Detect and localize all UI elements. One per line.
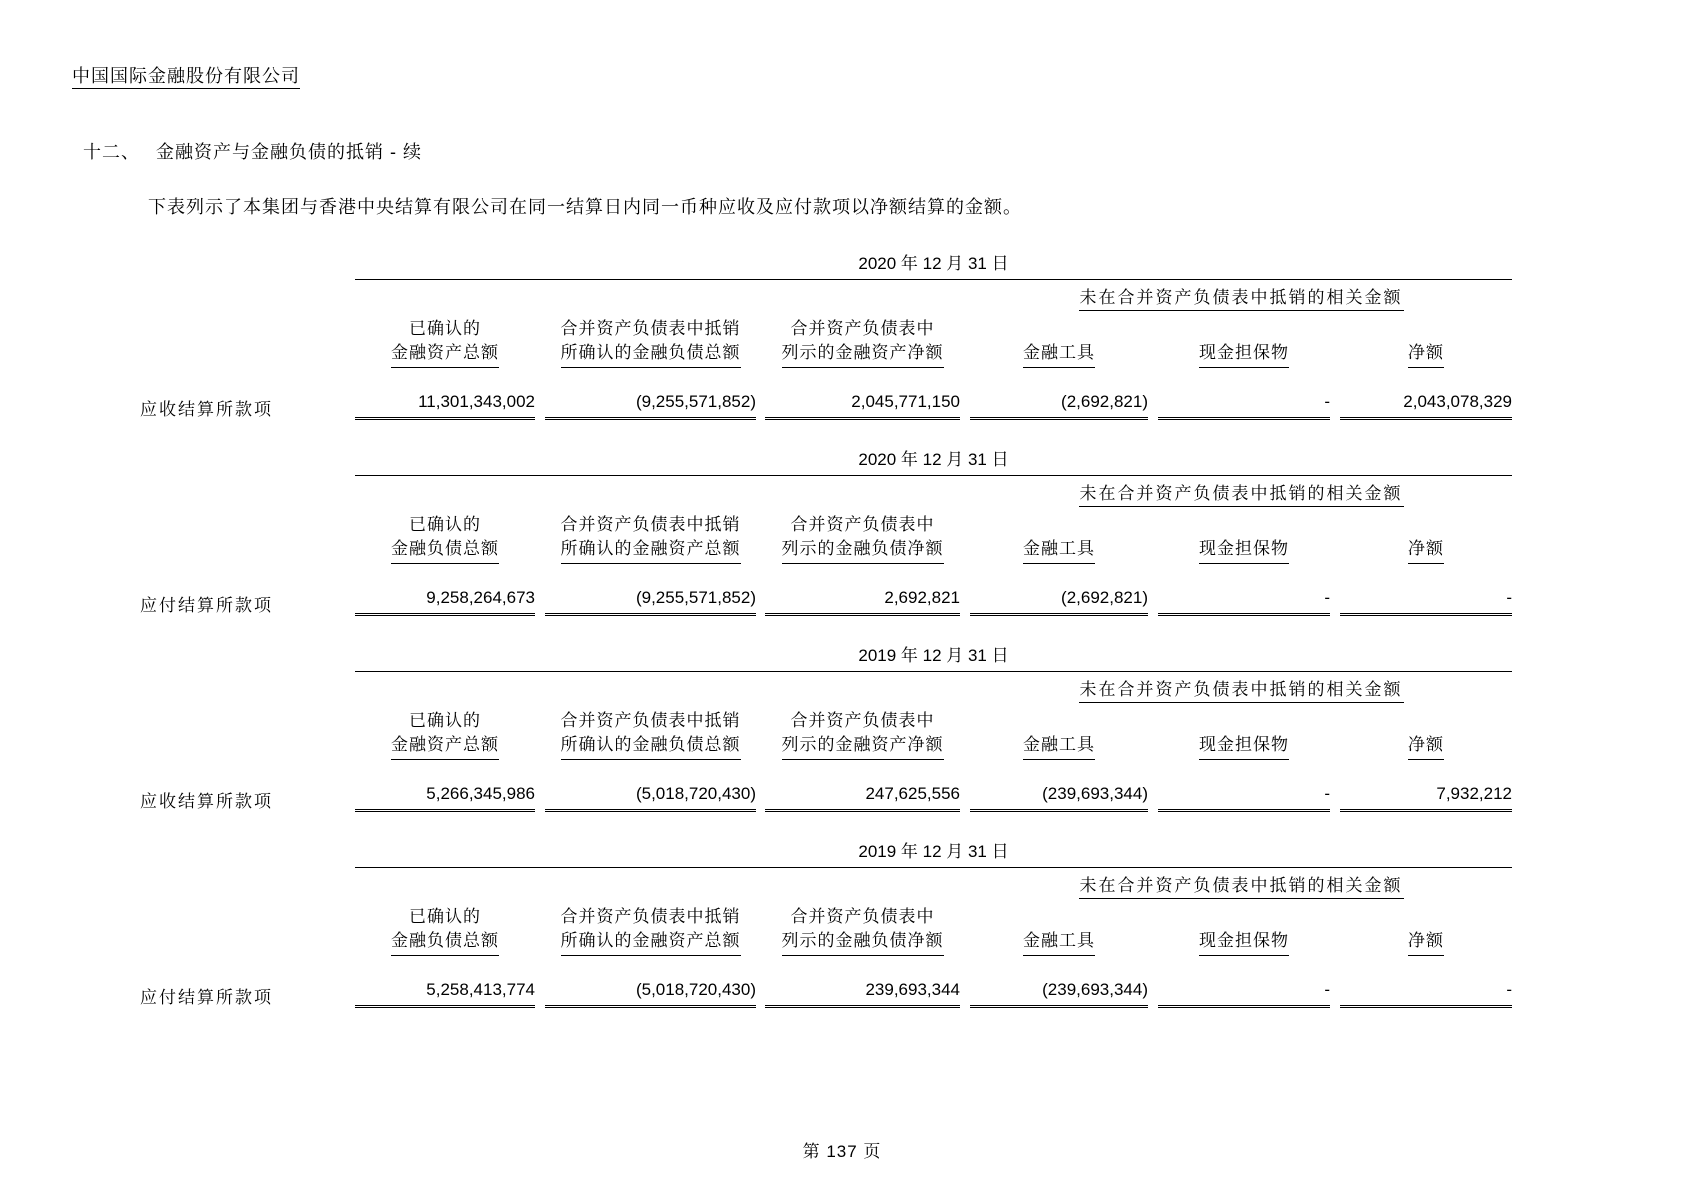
table-date-heading: 2019 年 12 月 31 日 xyxy=(355,641,1512,666)
intro-paragraph: 下表列示了本集团与香港中央结算有限公司在同一结算日内同一币种应收及应付款项以净额… xyxy=(148,193,1684,219)
col-header-financial-instruments: 金融工具 xyxy=(970,341,1148,368)
row-label: 应付结算所款项 xyxy=(100,983,355,1008)
col-header-net-amount: 净额 xyxy=(1340,929,1512,956)
table-date-heading: 2020 年 12 月 31 日 xyxy=(355,249,1512,274)
group-header: 未在合并资产负债表中抵销的相关金额 xyxy=(970,283,1512,311)
group-header-label: 未在合并资产负债表中抵销的相关金额 xyxy=(1079,283,1404,311)
col-header-financial-instruments: 金融工具 xyxy=(970,537,1148,564)
cell-net-amount: - xyxy=(1340,588,1512,616)
col-header-gross-amount: 已确认的 金融负债总额 xyxy=(355,905,535,956)
cell-financial-instruments: (239,693,344) xyxy=(970,784,1148,812)
cell-cash-collateral: - xyxy=(1158,784,1330,812)
offset-table-2019-payables: 2019 年 12 月 31 日 未在合并资产负债表中抵销的相关金额 已确认的 … xyxy=(100,837,1512,1008)
cell-offset-amount: (9,255,571,852) xyxy=(545,588,756,616)
cell-cash-collateral: - xyxy=(1158,980,1330,1008)
group-header-label: 未在合并资产负债表中抵销的相关金额 xyxy=(1079,675,1404,703)
col-header-cash-collateral: 现金担保物 xyxy=(1158,929,1330,956)
table-top-rule xyxy=(355,475,1512,476)
cell-offset-amount: (9,255,571,852) xyxy=(545,392,756,420)
table-header-row: 已确认的 金融资产总额 合并资产负债表中抵销 所确认的金融负债总额 合并资产负债… xyxy=(100,709,1512,760)
cell-net-presented: 2,692,821 xyxy=(765,588,960,616)
table-date-heading: 2020 年 12 月 31 日 xyxy=(355,445,1512,470)
col-header-offset-amount: 合并资产负债表中抵销 所确认的金融负债总额 xyxy=(545,317,756,368)
group-header: 未在合并资产负债表中抵销的相关金额 xyxy=(970,675,1512,703)
table-data-row: 应收结算所款项 5,266,345,986 (5,018,720,430) 24… xyxy=(100,784,1512,812)
col-header-net-presented: 合并资产负债表中 列示的金融资产净额 xyxy=(765,317,960,368)
page-number: 第 137 页 xyxy=(0,1137,1684,1162)
table-data-row: 应收结算所款项 11,301,343,002 (9,255,571,852) 2… xyxy=(100,392,1512,420)
group-header-label: 未在合并资产负债表中抵销的相关金额 xyxy=(1079,479,1404,507)
cell-financial-instruments: (2,692,821) xyxy=(970,392,1148,420)
col-header-net-amount: 净额 xyxy=(1340,341,1512,368)
col-header-gross-amount: 已确认的 金融负债总额 xyxy=(355,513,535,564)
table-top-rule xyxy=(355,867,1512,868)
company-title-text: 中国国际金融股份有限公司 xyxy=(72,66,300,89)
cell-net-presented: 2,045,771,150 xyxy=(765,392,960,420)
col-header-offset-amount: 合并资产负债表中抵销 所确认的金融资产总额 xyxy=(545,905,756,956)
group-header: 未在合并资产负债表中抵销的相关金额 xyxy=(970,871,1512,899)
cell-gross-amount: 5,266,345,986 xyxy=(355,784,535,812)
col-header-net-presented: 合并资产负债表中 列示的金融资产净额 xyxy=(765,709,960,760)
cell-offset-amount: (5,018,720,430) xyxy=(545,980,756,1008)
col-header-cash-collateral: 现金担保物 xyxy=(1158,341,1330,368)
offset-table-2020-payables: 2020 年 12 月 31 日 未在合并资产负债表中抵销的相关金额 已确认的 … xyxy=(100,445,1512,616)
col-header-cash-collateral: 现金担保物 xyxy=(1158,537,1330,564)
cell-net-presented: 247,625,556 xyxy=(765,784,960,812)
offset-table-2020-receivables: 2020 年 12 月 31 日 未在合并资产负债表中抵销的相关金额 已确认的 … xyxy=(100,249,1512,420)
col-header-cash-collateral: 现金担保物 xyxy=(1158,733,1330,760)
group-header: 未在合并资产负债表中抵销的相关金额 xyxy=(970,479,1512,507)
company-title: 中国国际金融股份有限公司 xyxy=(72,62,1684,88)
col-header-gross-amount: 已确认的 金融资产总额 xyxy=(355,317,535,368)
table-data-row: 应付结算所款项 5,258,413,774 (5,018,720,430) 23… xyxy=(100,980,1512,1008)
group-header-label: 未在合并资产负债表中抵销的相关金额 xyxy=(1079,871,1404,899)
col-header-offset-amount: 合并资产负债表中抵销 所确认的金融资产总额 xyxy=(545,513,756,564)
table-header-row: 已确认的 金融负债总额 合并资产负债表中抵销 所确认的金融资产总额 合并资产负债… xyxy=(100,905,1512,956)
cell-cash-collateral: - xyxy=(1158,588,1330,616)
cell-financial-instruments: (2,692,821) xyxy=(970,588,1148,616)
cell-net-presented: 239,693,344 xyxy=(765,980,960,1008)
section-number: 十二、 xyxy=(83,142,140,162)
table-top-rule xyxy=(355,279,1512,280)
table-top-rule xyxy=(355,671,1512,672)
offset-table-2019-receivables: 2019 年 12 月 31 日 未在合并资产负债表中抵销的相关金额 已确认的 … xyxy=(100,641,1512,812)
document-page: 中国国际金融股份有限公司 十二、金融资产与金融负债的抵销 - 续 下表列示了本集… xyxy=(0,0,1684,1190)
section-heading: 十二、金融资产与金融负债的抵销 - 续 xyxy=(83,138,1684,164)
col-header-net-presented: 合并资产负债表中 列示的金融负债净额 xyxy=(765,513,960,564)
col-header-financial-instruments: 金融工具 xyxy=(970,929,1148,956)
col-header-gross-amount: 已确认的 金融资产总额 xyxy=(355,709,535,760)
section-title-text: 金融资产与金融负债的抵销 - 续 xyxy=(156,142,422,162)
row-label: 应付结算所款项 xyxy=(100,591,355,616)
col-header-net-amount: 净额 xyxy=(1340,537,1512,564)
row-label: 应收结算所款项 xyxy=(100,395,355,420)
cell-financial-instruments: (239,693,344) xyxy=(970,980,1148,1008)
table-header-row: 已确认的 金融负债总额 合并资产负债表中抵销 所确认的金融资产总额 合并资产负债… xyxy=(100,513,1512,564)
table-header-row: 已确认的 金融资产总额 合并资产负债表中抵销 所确认的金融负债总额 合并资产负债… xyxy=(100,317,1512,368)
cell-gross-amount: 5,258,413,774 xyxy=(355,980,535,1008)
table-data-row: 应付结算所款项 9,258,264,673 (9,255,571,852) 2,… xyxy=(100,588,1512,616)
col-header-financial-instruments: 金融工具 xyxy=(970,733,1148,760)
col-header-net-amount: 净额 xyxy=(1340,733,1512,760)
cell-gross-amount: 9,258,264,673 xyxy=(355,588,535,616)
row-label: 应收结算所款项 xyxy=(100,787,355,812)
cell-gross-amount: 11,301,343,002 xyxy=(355,392,535,420)
cell-net-amount: 2,043,078,329 xyxy=(1340,392,1512,420)
table-date-heading: 2019 年 12 月 31 日 xyxy=(355,837,1512,862)
cell-net-amount: 7,932,212 xyxy=(1340,784,1512,812)
col-header-net-presented: 合并资产负债表中 列示的金融负债净额 xyxy=(765,905,960,956)
cell-offset-amount: (5,018,720,430) xyxy=(545,784,756,812)
col-header-offset-amount: 合并资产负债表中抵销 所确认的金融负债总额 xyxy=(545,709,756,760)
cell-net-amount: - xyxy=(1340,980,1512,1008)
cell-cash-collateral: - xyxy=(1158,392,1330,420)
